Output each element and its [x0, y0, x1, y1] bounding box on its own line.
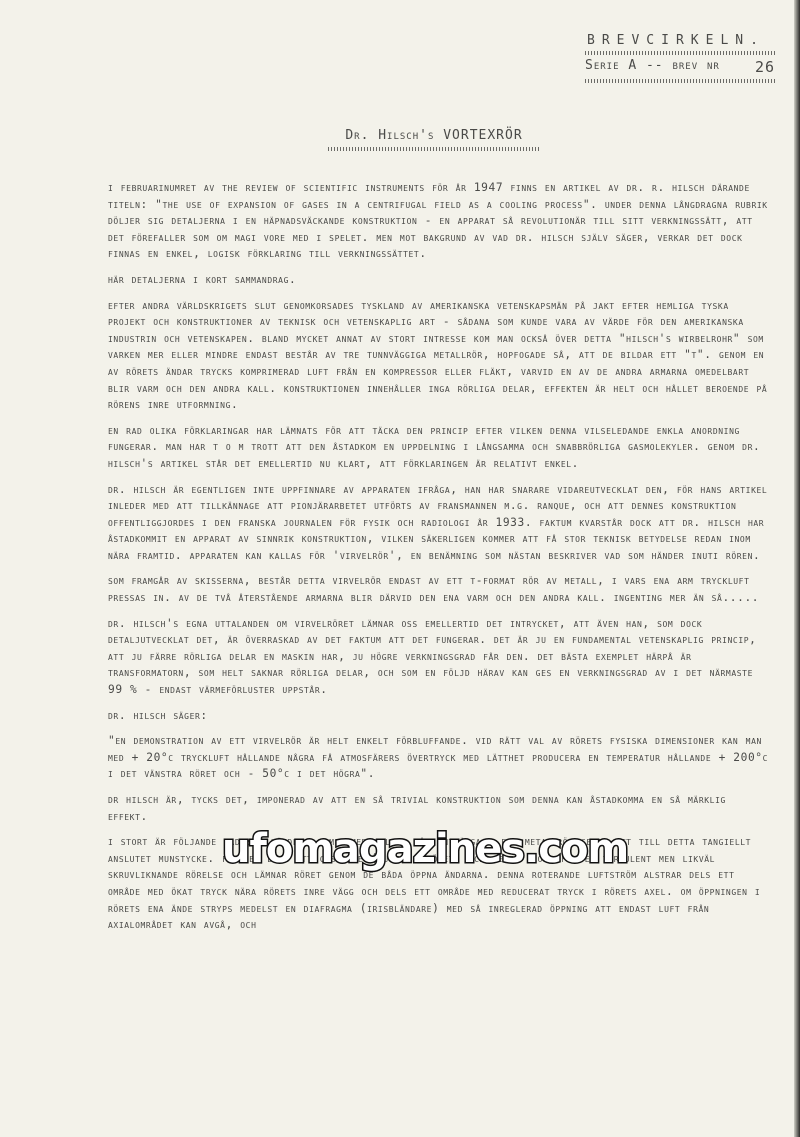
- page-edge-shadow: [794, 0, 800, 1137]
- paragraph: "En demonstration av ett virvelrör är he…: [108, 733, 772, 783]
- paragraph: Efter andra världskrigets slut genomkors…: [108, 298, 772, 414]
- paragraph: Dr Hilsch är, tycks det, imponerad av at…: [108, 792, 772, 825]
- title-block: Dr. Hilsch's VORTEXRÖR: [328, 128, 540, 151]
- title-underline: [328, 147, 540, 151]
- letter-header: BREVCIRKELN. Serie A -- brev nr 26: [585, 33, 775, 86]
- brand-name: BREVCIRKELN.: [587, 33, 775, 48]
- document-title: Dr. Hilsch's VORTEXRÖR: [328, 128, 540, 143]
- paragraph: I februarinumret av The Review of Scient…: [108, 180, 772, 263]
- paragraph: Som framgår av skisserna, består detta v…: [108, 573, 772, 606]
- paragraph: Dr. Hilsch säger:: [108, 708, 772, 725]
- paragraph: Här detaljerna i kort sammandrag.: [108, 272, 772, 289]
- watermark: ufomagazines.com: [222, 826, 628, 872]
- series-label: Serie A -- brev nr: [585, 58, 720, 76]
- paragraph: Dr. Hilsch är egentligen inte uppfinnare…: [108, 482, 772, 565]
- series-line: Serie A -- brev nr 26: [585, 58, 775, 76]
- paragraph: Dr. Hilsch's egna uttalanden om virvelrö…: [108, 616, 772, 699]
- letter-number: 26: [755, 58, 775, 76]
- paragraph: En rad olika förklaringar har lämnats fö…: [108, 423, 772, 473]
- header-rule-bottom: [585, 79, 775, 83]
- header-rule-top: [585, 51, 775, 55]
